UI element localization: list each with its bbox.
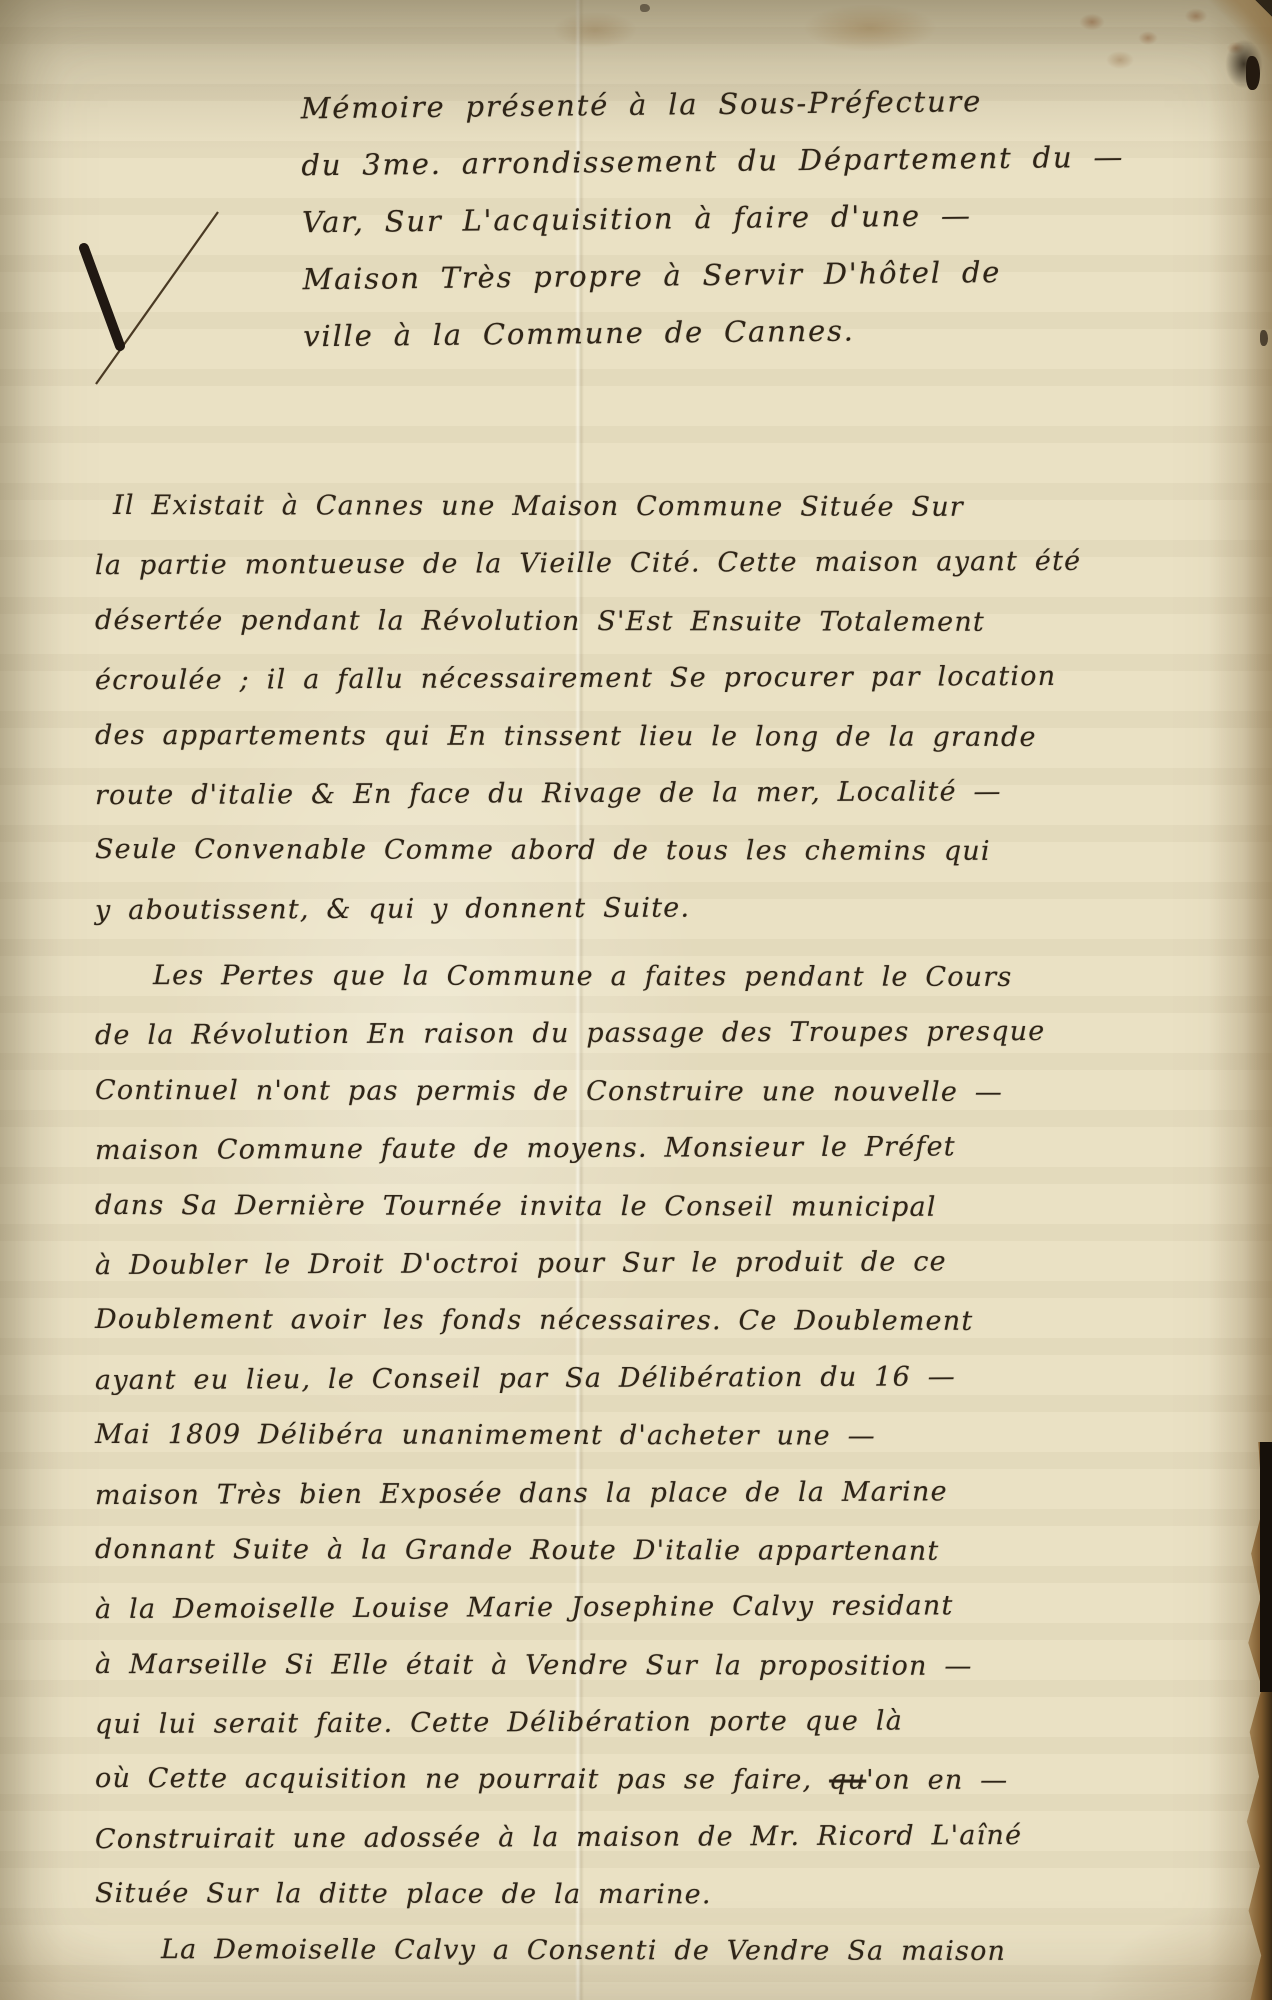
manuscript-line: la partie montueuse de la Vieille Cité. …: [95, 533, 1082, 595]
title-line: Mémoire présenté à la Sous-Préfecture: [301, 72, 1124, 138]
pen-slash-mark-icon: [58, 198, 258, 398]
manuscript-line: écroulée ; il a fallu nécessairement Se …: [95, 648, 1082, 710]
photo-background-gap: [1260, 1442, 1272, 1692]
paragraph-1: Il Existait à Cannes une Maison Commune …: [95, 478, 1081, 937]
manuscript-line: Il Existait à Cannes une Maison Commune …: [95, 477, 1081, 536]
manuscript-line: à Doubler le Droit D'octroi pour Sur le …: [95, 1233, 1046, 1295]
manuscript-line: à Marseille Si Elle était à Vendre Sur l…: [95, 1636, 1046, 1695]
manuscript-line: Seule Convenable Comme abord de tous les…: [95, 821, 1081, 880]
manuscript-line: qui lui serait faite. Cette Délibération…: [95, 1692, 1046, 1754]
document-photo: Mémoire présenté à la Sous-Préfecture du…: [0, 0, 1272, 2000]
title-line: Var, Sur L'acquisition à faire d'une —: [302, 186, 1125, 252]
manuscript-line: La Demoiselle Calvy a Consenti de Vendre…: [95, 1921, 1006, 1980]
manuscript-line: Continuel n'ont pas permis de Construire…: [95, 1062, 1046, 1121]
manuscript-line: où Cette acquisition ne pourrait pas se …: [95, 1750, 1046, 1809]
ink-speck: [1260, 330, 1268, 346]
manuscript-line: route d'italie & En face du Rivage de la…: [95, 763, 1082, 825]
manuscript-line: dans Sa Dernière Tournée invita le Conse…: [95, 1177, 1046, 1236]
title-line: Maison Très propre à Servir D'hôtel de: [302, 243, 1125, 309]
paragraph-3: La Demoiselle Calvy a Consenti de Vendre…: [95, 1922, 1006, 1979]
manuscript-line: des appartements qui En tinssent lieu le…: [95, 707, 1081, 766]
ink-speck: [640, 4, 650, 12]
manuscript-line: à la Demoiselle Louise Marie Josephine C…: [95, 1577, 1046, 1639]
manuscript-line: Doublement avoir les fonds nécessaires. …: [95, 1291, 1046, 1350]
manuscript-line: donnant Suite à la Grande Route D'italie…: [95, 1521, 1046, 1580]
memoire-title-block: Mémoire présenté à la Sous-Préfecture du…: [301, 72, 1127, 366]
paragraph-2: Les Pertes que la Commune a faites penda…: [95, 948, 1045, 1924]
manuscript-page: Mémoire présenté à la Sous-Préfecture du…: [0, 0, 1272, 2000]
manuscript-line: maison Très bien Exposée dans la place d…: [95, 1462, 1046, 1524]
ink-speck: [1246, 56, 1260, 90]
manuscript-line: Mai 1809 Délibéra unanimement d'acheter …: [95, 1406, 1046, 1465]
manuscript-line: de la Révolution En raison du passage de…: [95, 1003, 1046, 1065]
manuscript-line: Les Pertes que la Commune a faites penda…: [95, 947, 1046, 1006]
manuscript-line: ayant eu lieu, le Conseil par Sa Délibér…: [95, 1348, 1046, 1410]
manuscript-line: y aboutissent, & qui y donnent Suite.: [95, 878, 1082, 940]
manuscript-line: Située Sur la ditte place de la marine.: [95, 1865, 1046, 1924]
title-line: ville à la Commune de Cannes.: [303, 300, 1126, 366]
manuscript-line: désertée pendant la Révolution S'Est Ens…: [95, 592, 1081, 651]
manuscript-line: maison Commune faute de moyens. Monsieur…: [95, 1118, 1046, 1180]
manuscript-line: Construirait une adossée à la maison de …: [95, 1807, 1046, 1869]
title-line: du 3me. arrondissement du Département du…: [301, 129, 1124, 195]
